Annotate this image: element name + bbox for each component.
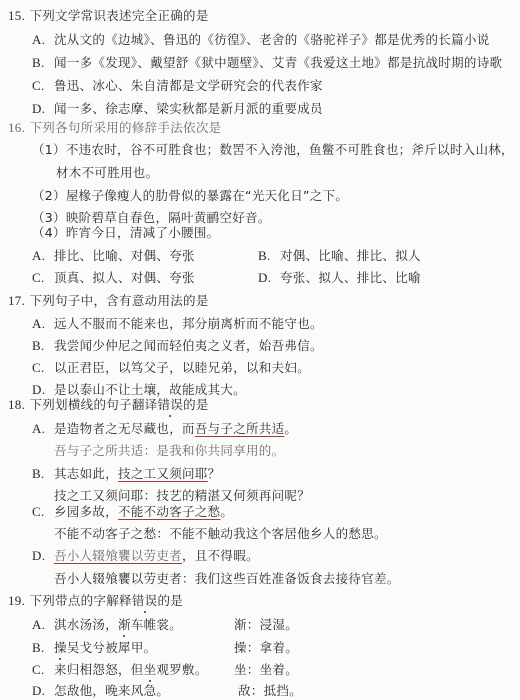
q19-option-c: C.来归相怨怒，但坐观罗敷。 bbox=[32, 662, 208, 678]
item-text: 映阶碧草自春色，隔叶黄鹂空好音。 bbox=[66, 210, 271, 225]
q19-gloss-b: 操：拿着。 bbox=[234, 640, 298, 656]
question-18-stem: 18. 下列划横线的句子翻译错误的是 bbox=[8, 397, 209, 413]
option-text: ，且不得暇。 bbox=[182, 548, 259, 563]
item-label: （4） bbox=[32, 225, 66, 240]
option-letter: B. bbox=[32, 640, 54, 656]
question-text: 下列划横线的句子翻译 bbox=[29, 397, 157, 412]
q19-gloss-d: 敌：抵挡。 bbox=[238, 683, 302, 699]
q17-option-c: C.以正君臣，以笃父子，以睦兄弟，以和夫妇。 bbox=[32, 360, 310, 376]
q18-option-a-translation: 吾与子之所共适：是我和你共同享用的。 bbox=[54, 443, 284, 459]
dotted-character: 坐 bbox=[144, 662, 157, 677]
q15-option-d: D.闻一多、徐志摩、梁实秋都是新月派的重要成员 bbox=[32, 101, 323, 117]
question-number: 18. bbox=[8, 397, 25, 412]
q16-option-a: A.排比、比喻、对偶、夸张 bbox=[32, 248, 195, 264]
item-label: （1） bbox=[32, 142, 66, 157]
q18-option-c-translation: 不能不动客子之愁：不能不触动我这个客居他乡人的愁思。 bbox=[54, 526, 387, 542]
question-19-stem: 19. 下列带点的字解释错误的是 bbox=[8, 593, 183, 609]
dotted-character: 操 bbox=[54, 640, 67, 655]
option-text: 他，晚来风急。 bbox=[80, 683, 170, 698]
q17-option-b: B.我尝闻少仲尼之闻而轻伯夷之义者，始吾弗信。 bbox=[32, 338, 323, 354]
translation-text: 技之工又须问耶：技艺的精湛又何须再问呢？ bbox=[54, 488, 310, 503]
option-letter: A. bbox=[32, 421, 54, 437]
option-letter: B. bbox=[258, 248, 280, 264]
q16-option-b: B.对偶、比喻、排比、拟人 bbox=[258, 248, 421, 264]
translation-text: 不能不动客子之愁：不能不触动我这个客居他乡人的愁思。 bbox=[54, 526, 387, 541]
emphasis-dotted-text: 错误 bbox=[132, 593, 158, 608]
translation-text: 吾与子之所共适：是我和你共同享用的。 bbox=[54, 443, 284, 458]
option-letter: C. bbox=[32, 504, 54, 520]
question-text: 下列句子中，含有意动用法的是 bbox=[29, 293, 208, 308]
option-text: 排比、比喻、对偶、夸张 bbox=[54, 248, 195, 263]
option-text: 。 bbox=[284, 421, 297, 436]
option-letter: D. bbox=[32, 101, 54, 117]
gloss-text: 渐：浸湿。 bbox=[234, 617, 298, 632]
option-letter: A. bbox=[32, 617, 54, 633]
option-letter: C. bbox=[32, 662, 54, 678]
option-text: 远人不服而不能来也，邦分崩离析而不能守也。 bbox=[54, 316, 323, 331]
item-text: 不违农时，谷不可胜食也；数罟不入洿池，鱼鳖不可胜食也；斧斤以时入山林， bbox=[66, 142, 514, 157]
question-15-stem: 15. 下列文学常识表述完全正确的是 bbox=[8, 8, 209, 24]
item-text: 屋椽子像瘦人的肋骨似的暴露在“光天化日”之下。 bbox=[66, 188, 348, 203]
question-text: 下列各句所采用的修辞手法依次是 bbox=[29, 120, 221, 135]
option-text: ？ bbox=[208, 466, 221, 481]
question-text: 的是 bbox=[183, 397, 209, 412]
option-letter: C. bbox=[32, 360, 54, 376]
q15-option-b: B.闻一多《发现》、戴望舒《狱中题壁》、艾青《我爱这土地》都是抗战时期的诗歌 bbox=[32, 55, 502, 71]
option-letter: D. bbox=[32, 382, 54, 398]
option-text: 乡园多故， bbox=[54, 504, 118, 519]
emphasis-dotted-text: 错误 bbox=[157, 397, 183, 412]
option-letter: A. bbox=[32, 248, 54, 264]
q15-option-c: C.鲁迅、冰心、朱自清都是文学研究会的代表作家 bbox=[32, 78, 323, 94]
underlined-phrase: 技之工又须问耶 bbox=[118, 466, 208, 481]
option-letter: C. bbox=[32, 78, 54, 94]
question-text: 下列带点的字解释 bbox=[29, 593, 131, 608]
question-number: 15. bbox=[8, 8, 25, 23]
option-text: 吴戈兮被犀甲。 bbox=[67, 640, 157, 655]
question-number: 16. bbox=[8, 120, 25, 135]
question-number: 17. bbox=[8, 293, 25, 308]
underlined-phrase: 吾小人辍飧饔以劳吏者 bbox=[54, 548, 182, 563]
option-text: 顶真、拟人、对偶、夸张 bbox=[54, 270, 195, 285]
q17-option-a: A.远人不服而不能来也，邦分崩离析而不能守也。 bbox=[32, 316, 323, 332]
option-text: 。 bbox=[220, 504, 233, 519]
question-text: 下列文学常识表述完全正确的是 bbox=[29, 8, 208, 23]
option-letter: A. bbox=[32, 316, 54, 332]
option-letter: A. bbox=[32, 32, 54, 48]
q15-option-a: A.沈从文的《边城》、鲁迅的《彷徨》、老舍的《骆驼祥子》都是优秀的长篇小说 bbox=[32, 32, 490, 48]
item-text: 材木不可胜用也。 bbox=[56, 165, 158, 180]
option-text: 沈从文的《边城》、鲁迅的《彷徨》、老舍的《骆驼祥子》都是优秀的长篇小说 bbox=[54, 32, 490, 47]
option-text: 对偶、比喻、排比、拟人 bbox=[280, 248, 421, 263]
option-text: 淇水汤汤， bbox=[54, 617, 118, 632]
q16-option-c: C.顶真、拟人、对偶、夸张 bbox=[32, 270, 195, 286]
option-text: 车帷裳。 bbox=[131, 617, 182, 632]
q16-item-4: （4）昨宵今日，清减了小腰围。 bbox=[32, 225, 219, 241]
option-text: 观罗敷。 bbox=[156, 662, 207, 677]
q18-option-d: D.吾小人辍飧饔以劳吏者，且不得暇。 bbox=[32, 548, 259, 564]
dotted-character: 渐 bbox=[118, 617, 131, 632]
item-text: 昨宵今日，清减了小腰围。 bbox=[66, 225, 220, 240]
q19-option-a: A.淇水汤汤，渐车帷裳。 bbox=[32, 617, 182, 633]
q19-option-d: D.怎敌他，晚来风急。 bbox=[32, 683, 169, 699]
option-letter: C. bbox=[32, 270, 54, 286]
option-text: 其志如此， bbox=[54, 466, 118, 481]
option-letter: D. bbox=[258, 270, 280, 286]
option-letter: B. bbox=[32, 338, 54, 354]
question-text: 的是 bbox=[157, 593, 183, 608]
q18-option-b-translation: 技之工又须问耶：技艺的精湛又何须再问呢？ bbox=[54, 488, 310, 504]
gloss-text: 坐：坐着。 bbox=[234, 662, 298, 677]
q19-gloss-c: 坐：坐着。 bbox=[234, 662, 298, 678]
option-letter: D. bbox=[32, 548, 54, 564]
q18-option-d-translation: 吾小人辍飧饔以劳吏者：我们这些百姓准备饭食去接待官差。 bbox=[54, 571, 400, 587]
option-text: 鲁迅、冰心、朱自清都是文学研究会的代表作家 bbox=[54, 78, 323, 93]
option-letter: D. bbox=[32, 683, 54, 699]
option-text: 夸张、拟人、排比、比喻 bbox=[280, 270, 421, 285]
q18-option-b: B.其志如此，技之工又须问耶？ bbox=[32, 466, 220, 482]
translation-text: 吾小人辍飧饔以劳吏者：我们这些百姓准备饭食去接待官差。 bbox=[54, 571, 400, 586]
option-text: 闻一多《发现》、戴望舒《狱中题壁》、艾青《我爱这土地》都是抗战时期的诗歌 bbox=[54, 55, 502, 70]
underlined-phrase: 吾与子之所共适 bbox=[195, 421, 285, 436]
q18-option-a: A.是造物者之无尽藏也，而吾与子之所共适。 bbox=[32, 421, 297, 437]
option-letter: B. bbox=[32, 466, 54, 482]
item-label: （3） bbox=[32, 210, 66, 225]
question-16-stem: 16. 下列各句所采用的修辞手法依次是 bbox=[8, 120, 221, 136]
question-number: 19. bbox=[8, 593, 25, 608]
q18-option-c: C.乡园多故，不能不动客子之愁。 bbox=[32, 504, 233, 520]
option-text: 是造物者之无尽藏也，而 bbox=[54, 421, 195, 436]
gloss-text: 敌：抵挡。 bbox=[238, 683, 302, 698]
option-text: 闻一多、徐志摩、梁实秋都是新月派的重要成员 bbox=[54, 101, 323, 116]
question-17-stem: 17. 下列句子中，含有意动用法的是 bbox=[8, 293, 209, 309]
q19-gloss-a: 渐：浸湿。 bbox=[234, 617, 298, 633]
option-text: 以正君臣，以笃父子，以睦兄弟，以和夫妇。 bbox=[54, 360, 310, 375]
option-letter: B. bbox=[32, 55, 54, 71]
exam-page: 15. 下列文学常识表述完全正确的是 A.沈从文的《边城》、鲁迅的《彷徨》、老舍… bbox=[0, 0, 520, 700]
q16-item-1-cont: 材木不可胜用也。 bbox=[56, 165, 158, 181]
item-label: （2） bbox=[32, 188, 66, 203]
q16-item-2: （2）屋椽子像瘦人的肋骨似的暴露在“光天化日”之下。 bbox=[32, 188, 348, 204]
dotted-character: 敌 bbox=[67, 683, 80, 698]
option-text: 怎 bbox=[54, 683, 67, 698]
q19-option-b: B.操吴戈兮被犀甲。 bbox=[32, 640, 156, 656]
q17-option-d: D.是以泰山不让土壤，故能成其大。 bbox=[32, 382, 246, 398]
option-text: 来归相怨怒，但 bbox=[54, 662, 144, 677]
underlined-phrase: 不能不动客子之愁 bbox=[118, 504, 220, 519]
q16-item-1: （1）不违农时，谷不可胜食也；数罟不入洿池，鱼鳖不可胜食也；斧斤以时入山林， bbox=[32, 142, 514, 158]
q16-item-3: （3）映阶碧草自春色，隔叶黄鹂空好音。 bbox=[32, 210, 271, 226]
q16-option-d: D.夸张、拟人、排比、比喻 bbox=[258, 270, 421, 286]
option-text: 我尝闻少仲尼之闻而轻伯夷之义者，始吾弗信。 bbox=[54, 338, 323, 353]
gloss-text: 操：拿着。 bbox=[234, 640, 298, 655]
option-text: 是以泰山不让土壤，故能成其大。 bbox=[54, 382, 246, 397]
